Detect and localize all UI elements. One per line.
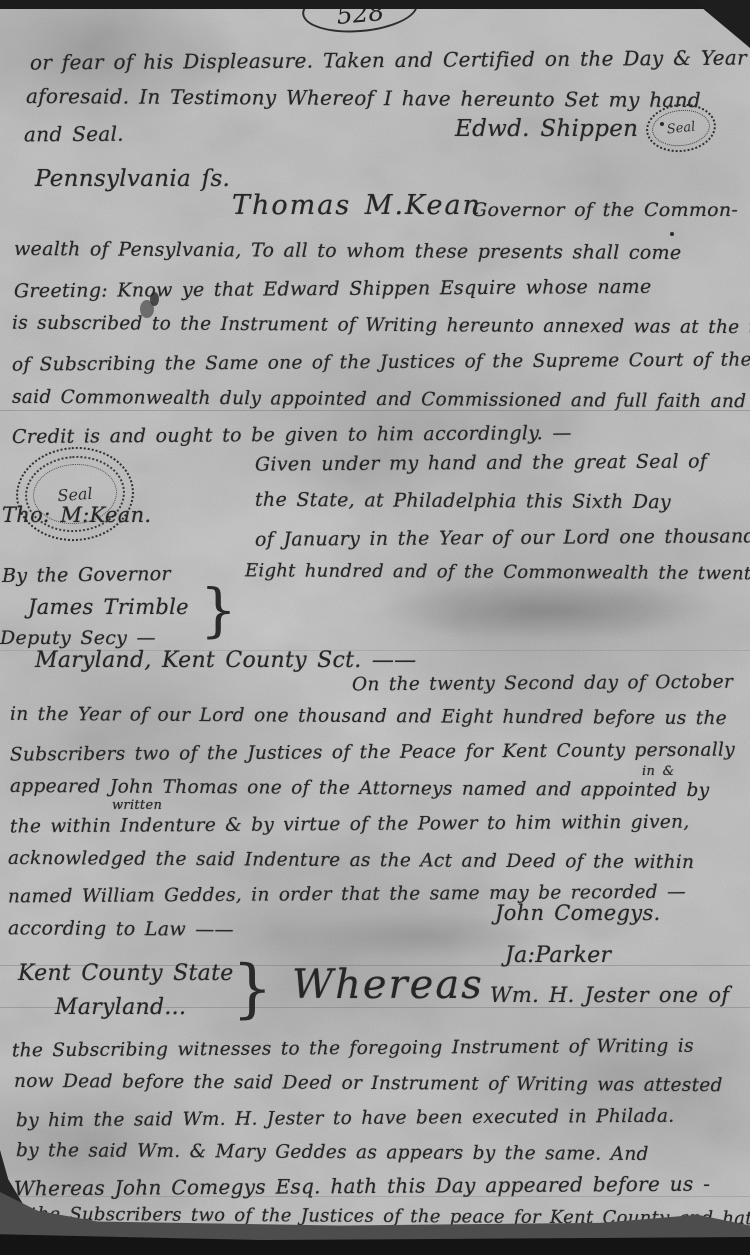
jester-line: by the said Wm. & Mary Geddes as appears… [16, 1140, 649, 1165]
md-line: Subscribers two of the Justices of the P… [10, 739, 735, 765]
interlinear-insert: in & [642, 764, 674, 779]
pa-line: is subscribed to the Instrument of Writi… [12, 313, 750, 339]
seal-label: Seal [666, 119, 696, 137]
jester-line: by him the said Wm. H. Jester to have be… [16, 1106, 675, 1132]
maryland-jurisdiction: Maryland, Kent County Sct. —— [35, 648, 416, 673]
testimonium-line: Eight hundred and of the Commonwealth th… [245, 560, 750, 585]
governor-name-display: Thomas M.Kean [232, 190, 482, 221]
jester-line: now Dead before the said Deed or Instrum… [14, 1071, 723, 1096]
testimonium-line: the State, at Philadelphia this Sixth Da… [255, 489, 671, 514]
testimonium-line: Given under my hand and the great Seal o… [255, 450, 707, 475]
pa-line: Credit is and ought to be given to him a… [12, 422, 572, 448]
md-line: the within Indenture & by virtue of the … [10, 812, 690, 838]
pa-line: Greeting: Know ye that Edward Shippen Es… [14, 276, 652, 302]
trimble-signature: James Trimble [28, 595, 189, 619]
ink-speck [670, 232, 674, 236]
md-line: acknowledged the said Indenture as the A… [8, 848, 694, 873]
maryland-place-line: Maryland... [55, 995, 186, 1020]
md-line: On the twenty Second day of October [352, 672, 733, 696]
ink-smudge [380, 580, 720, 640]
deputy-secretary-line: Deputy Secy — [0, 627, 156, 649]
pa-line: wealth of Pensylvania, To all to whom th… [14, 238, 682, 264]
comegys-signature: John Comegys. [495, 901, 661, 925]
closing-line: aforesaid. In Testimony Whereof I have h… [26, 84, 701, 112]
brace-glyph: } [232, 952, 273, 1026]
interlinear-insert: written [112, 798, 162, 813]
jester-line: the Subscribing witnesses to the foregoi… [12, 1036, 694, 1062]
brace-glyph: } [200, 576, 237, 644]
md-line: in the Year of our Lord one thousand and… [10, 704, 727, 729]
pennsylvania-jurisdiction: Pennsylvania ſs. [35, 166, 230, 192]
by-governor-line: By the Governor [2, 563, 171, 587]
pa-line: said Commonwealth duly appointed and Com… [12, 387, 746, 412]
seal-stamp-state: Seal [13, 443, 137, 545]
closing-line: or fear of his Displeasure. Taken and Ce… [30, 45, 747, 74]
closing-line: and Seal. [24, 122, 124, 147]
pa-line: of Subscribing the Same one of the Justi… [12, 349, 750, 375]
mckean-signature: Tho: M:Kean. [2, 503, 151, 527]
md-line: according to Law —— [8, 917, 234, 940]
jester-name-line: Wm. H. Jester one of [490, 983, 729, 1007]
parker-signature: Ja:Parker [505, 943, 611, 968]
kent-county-place-line: Kent County State [18, 961, 234, 986]
scan-edge-top [0, 0, 750, 9]
shippen-signature: Edwd. Shippen [455, 116, 638, 142]
jester-line: Whereas John Comegys Esq. hath this Day … [14, 1172, 710, 1201]
whereas-display-word: Whereas [292, 962, 484, 1008]
governor-title: Governor of the Common- [472, 199, 738, 221]
seal-label: Seal [57, 483, 93, 504]
scanned-document-page: 528 or fear of his Displeasure. Taken an… [0, 0, 750, 1255]
testimonium-line: of January in the Year of our Lord one t… [255, 525, 750, 550]
